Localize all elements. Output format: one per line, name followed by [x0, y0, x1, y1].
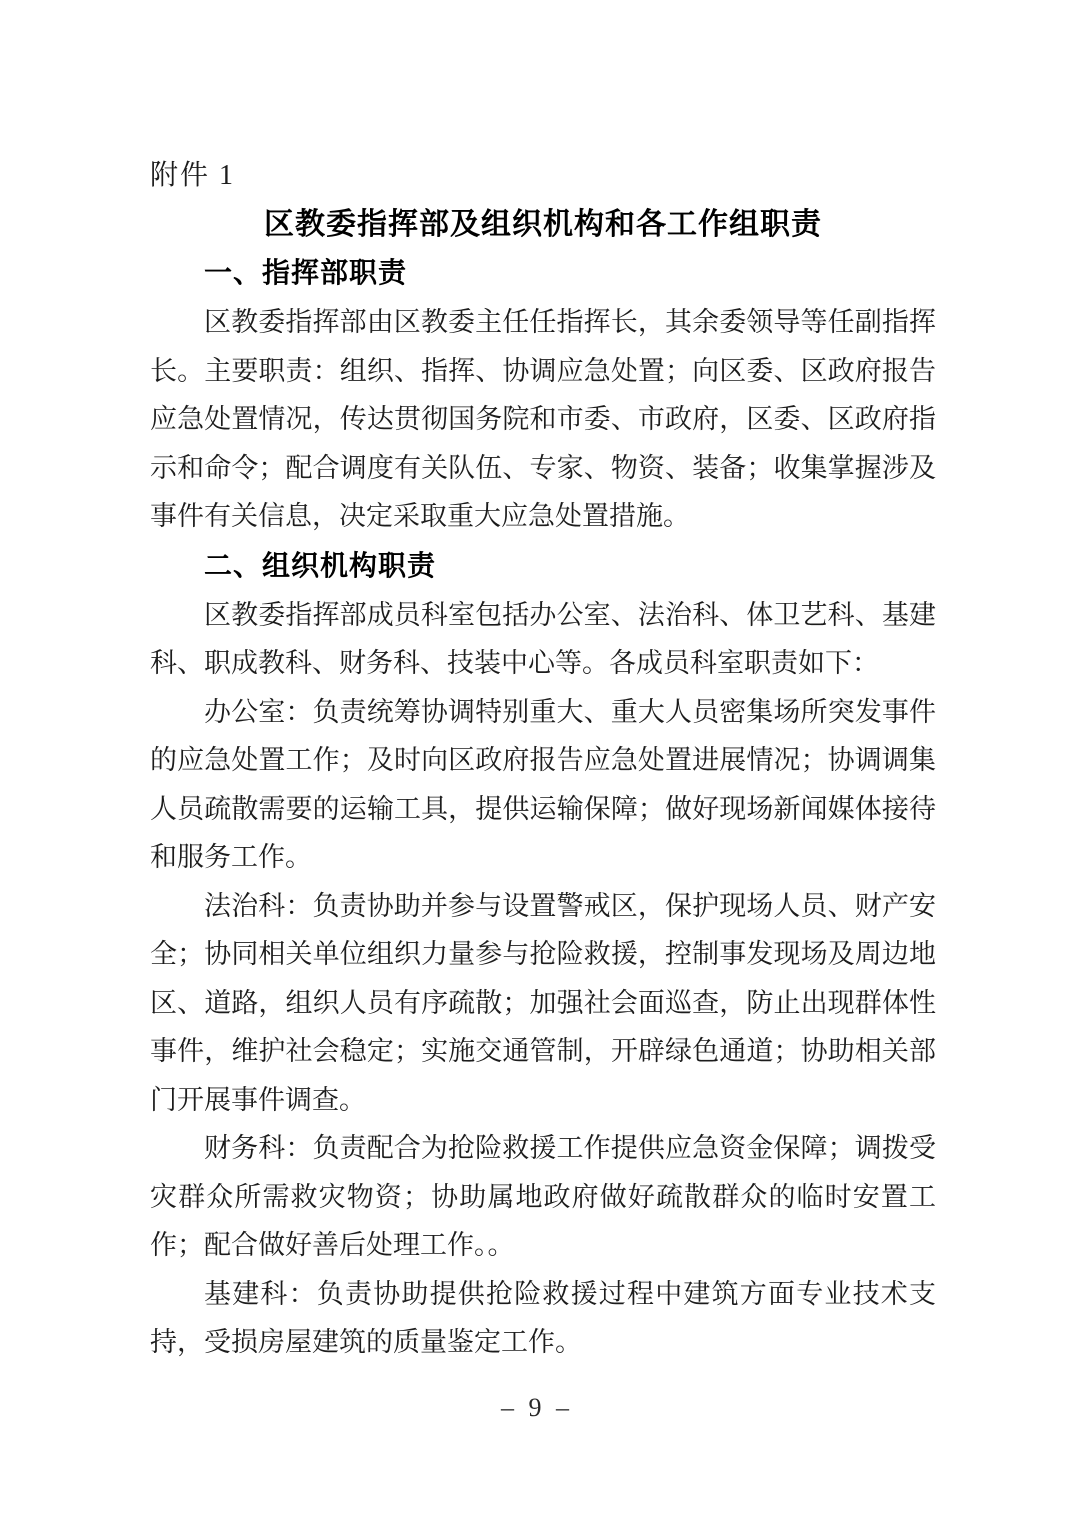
- paragraph-finance-section: 财务科：负责配合为抢险救援工作提供应急资金保障；调拨受灾群众所需救灾物资；协助属…: [150, 1124, 936, 1270]
- document-title: 区教委指挥部及组织机构和各工作组职责: [150, 202, 936, 248]
- page-number: – 9 –: [0, 1392, 1074, 1424]
- attachment-label: 附件 1: [150, 158, 936, 194]
- section-heading-commander-duties: 一、指挥部职责: [150, 248, 936, 298]
- paragraph-commander-duties: 区教委指挥部由区教委主任任指挥长，其余委领导等任副指挥长。主要职责：组织、指挥、…: [150, 298, 936, 541]
- paragraph-legal-affairs-section: 法治科：负责协助并参与设置警戒区，保护现场人员、财产安全；协同相关单位组织力量参…: [150, 882, 936, 1125]
- document-content: 附件 1 区教委指挥部及组织机构和各工作组职责 一、指挥部职责 区教委指挥部由区…: [150, 158, 936, 1367]
- paragraph-general-office: 办公室：负责统筹协调特别重大、重大人员密集场所突发事件的应急处置工作；及时向区政…: [150, 688, 936, 882]
- section-heading-organization-duties: 二、组织机构职责: [150, 541, 936, 591]
- paragraph-infrastructure-section: 基建科：负责协助提供抢险救援过程中建筑方面专业技术支持，受损房屋建筑的质量鉴定工…: [150, 1270, 936, 1367]
- document-page: 附件 1 区教委指挥部及组织机构和各工作组职责 一、指挥部职责 区教委指挥部由区…: [0, 0, 1074, 1520]
- paragraph-member-offices: 区教委指挥部成员科室包括办公室、法治科、体卫艺科、基建科、职成教科、财务科、技装…: [150, 591, 936, 688]
